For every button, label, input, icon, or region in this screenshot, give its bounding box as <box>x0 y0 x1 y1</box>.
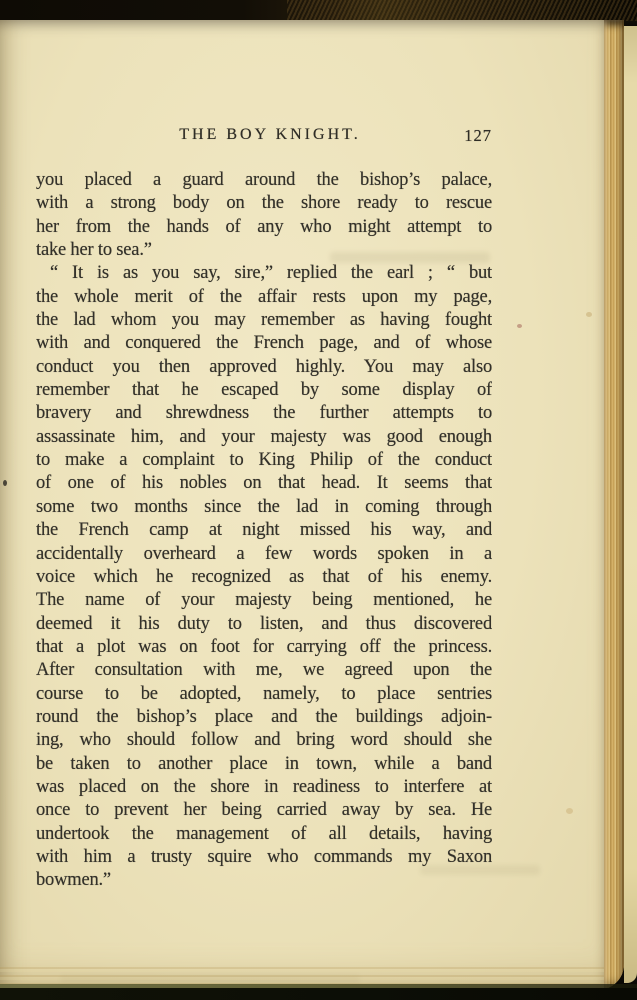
text-line: course to be adopted, namely, to place s… <box>36 683 492 706</box>
text-line: that a plot was on foot for carrying off… <box>36 636 492 659</box>
body-text: you placed a guard around the bishop’s p… <box>36 169 492 893</box>
text-line: deemed it his duty to listen, and thus d… <box>36 613 492 636</box>
text-line: the French camp at night missed his way,… <box>36 519 492 542</box>
text-line: “ It is as you say, sire,” replied the e… <box>36 262 492 285</box>
running-header: THE BOY KNIGHT. 127 <box>36 126 492 150</box>
underlying-page-edge <box>624 26 637 983</box>
header-title: THE BOY KNIGHT. <box>42 126 498 144</box>
page-speck <box>586 312 592 317</box>
text-line: some two months since the lad in coming … <box>36 496 492 519</box>
text-line: you placed a guard around the bishop’s p… <box>36 169 492 192</box>
text-line: ing, who should follow and bring word sh… <box>36 729 492 752</box>
text-line: conduct you then approved highly. You ma… <box>36 356 492 379</box>
text-line: was placed on the shore in readiness to … <box>36 776 492 799</box>
text-line: round the bishop’s place and the buildin… <box>36 706 492 729</box>
top-cover-edge <box>0 0 637 21</box>
text-line: assassinate him, and your majesty was go… <box>36 426 492 449</box>
text-column: THE BOY KNIGHT. 127 you placed a guard a… <box>36 20 492 990</box>
ink-showthrough <box>330 252 490 263</box>
text-line: voice which he recognized as that of his… <box>36 566 492 589</box>
page-number: 127 <box>464 126 492 146</box>
text-line: the lad whom you may remember as having … <box>36 309 492 332</box>
ink-showthrough <box>60 975 360 983</box>
text-line: with a strong body on the shore ready to… <box>36 192 492 215</box>
bottom-cover-edge <box>0 988 637 1000</box>
text-line: The name of your majesty being mentioned… <box>36 589 492 612</box>
ink-showthrough <box>420 865 540 875</box>
page-stack: THE BOY KNIGHT. 127 you placed a guard a… <box>0 20 624 990</box>
text-line: of one of his nobles on that head. It se… <box>36 472 492 495</box>
text-line: to make a complaint to King Philip of th… <box>36 449 492 472</box>
text-line: remember that he escaped by some display… <box>36 379 492 402</box>
text-line: with and conquered the French page, and … <box>36 332 492 355</box>
text-line: be taken to another place in town, while… <box>36 753 492 776</box>
text-line: undertook the management of all details,… <box>36 823 492 846</box>
text-line: bravery and shrewdness the further attem… <box>36 402 492 425</box>
text-line: After consultation with me, we agreed up… <box>36 659 492 682</box>
text-line: once to prevent her being carried away b… <box>36 799 492 822</box>
text-line: accidentally overheard a few words spoke… <box>36 543 492 566</box>
page-speck <box>517 324 522 328</box>
page-paper: THE BOY KNIGHT. 127 you placed a guard a… <box>0 20 604 990</box>
page-speck <box>3 480 7 486</box>
fore-edge-page-stack <box>604 20 624 990</box>
page-speck <box>566 808 573 814</box>
text-line: the whole merit of the affair rests upon… <box>36 286 492 309</box>
text-line: her from the hands of any who might atte… <box>36 216 492 239</box>
